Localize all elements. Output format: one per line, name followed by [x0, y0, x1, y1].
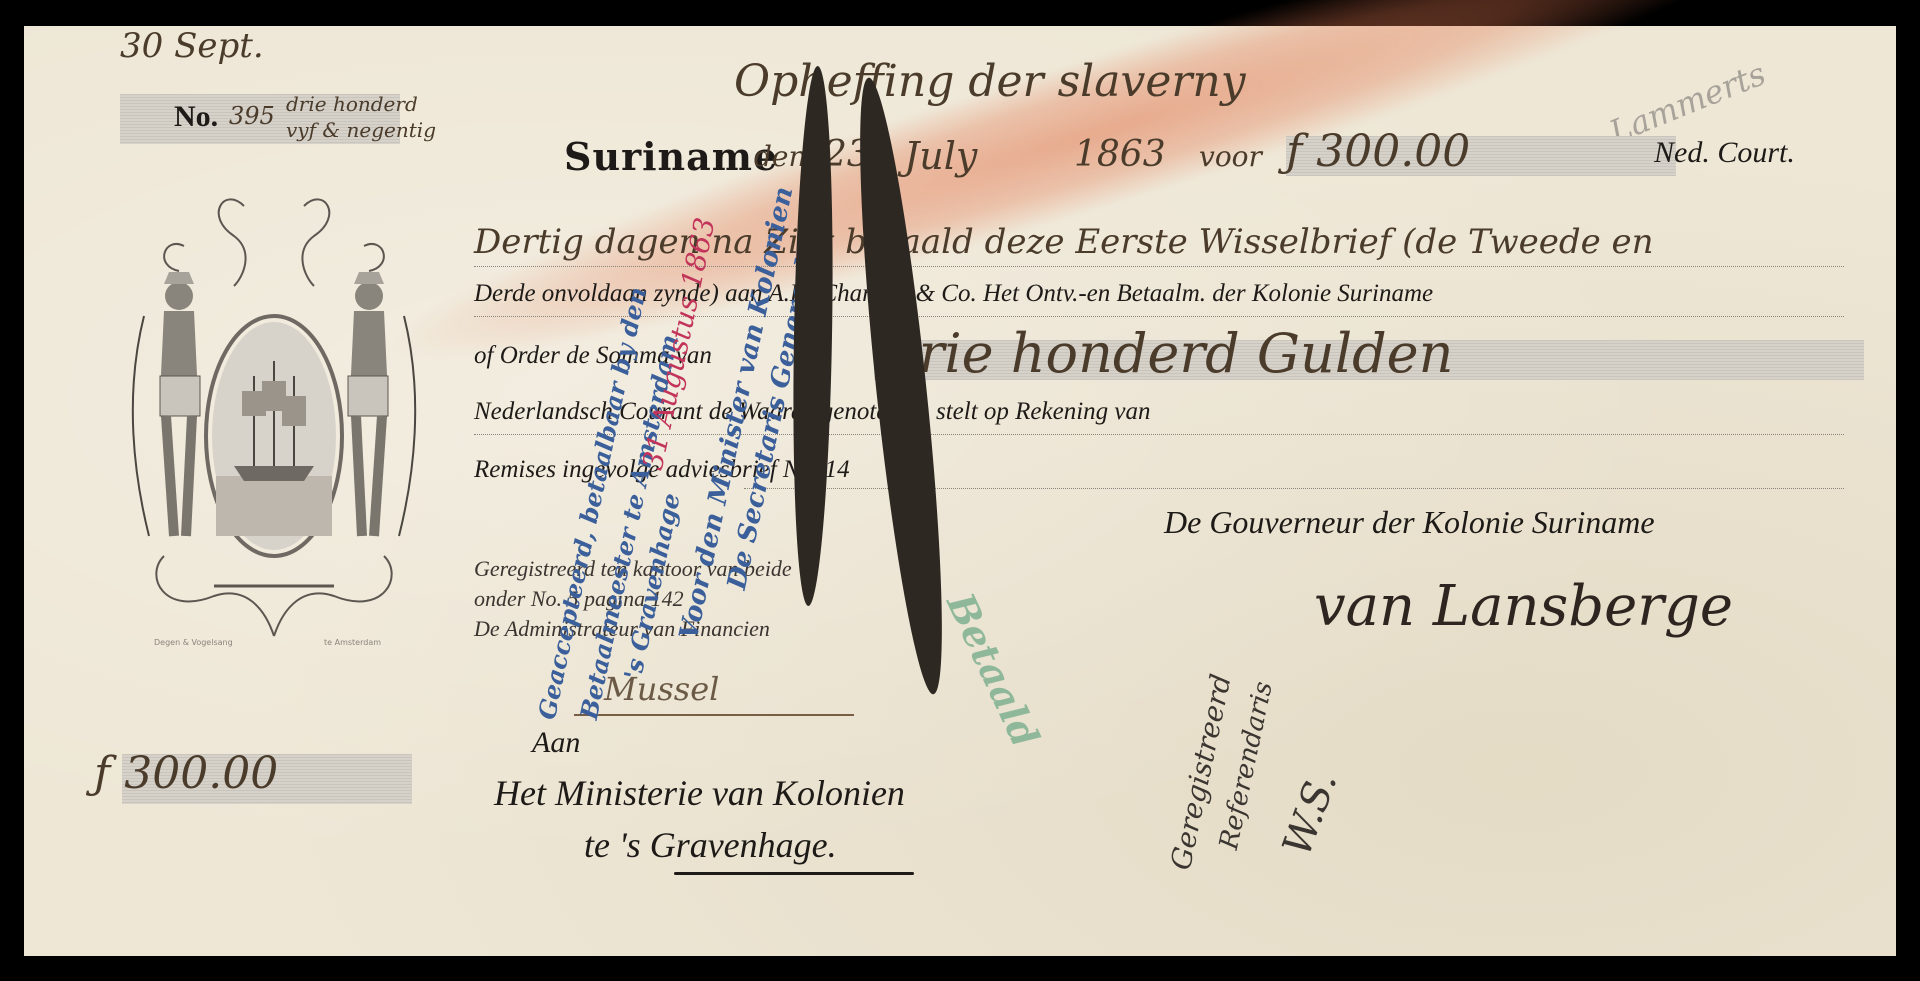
registrar-underline [574, 714, 854, 716]
currency-label: Ned. Court. [1654, 136, 1795, 170]
amount-top: ƒ 300.00 [1286, 126, 1470, 177]
suriname-coat-of-arms-emblem [124, 176, 424, 656]
addressee-line-2: te 's Gravenhage. [584, 824, 837, 866]
top-left-note: 30 Sept. [120, 26, 264, 66]
amount-words: drie honderd Gulden [884, 322, 1453, 385]
emblem-caption-left: Degen & Vogelsang [154, 638, 233, 647]
green-paid-stamp: Betaald [938, 586, 1048, 754]
number-words-line2: vyf & negentig [286, 118, 436, 142]
body-line-1: Dertig dagen na Zigt betaald deze Eerste… [474, 222, 1654, 262]
addressee-line-1: Het Ministerie van Kolonien [494, 772, 905, 814]
date-prefix: den [754, 140, 807, 173]
number-label: No. [174, 100, 218, 134]
addressee-flourish [674, 872, 914, 875]
date-month: July [904, 134, 977, 178]
bill-of-exchange-paper: 30 Sept. No. 395 drie honderd vyf & nege… [24, 26, 1896, 956]
place-title: Suriname [564, 134, 778, 179]
body-line-2: Derde onvoldaan zynde) aan A.D. Charbon … [474, 280, 1433, 308]
initials-signature: W.S. [1274, 766, 1346, 862]
amount-bottom: ƒ 300.00 [94, 748, 278, 799]
signatory-title: De Gouverneur der Kolonie Suriname [1164, 504, 1655, 541]
emblem-caption-right: te Amsterdam [324, 638, 381, 647]
number-words-line1: drie honderd [286, 92, 418, 116]
addressee-aan: Aan [532, 726, 580, 760]
number-value: 395 [229, 102, 275, 130]
voor-label: voor [1199, 140, 1262, 173]
body-line-4-rule [474, 434, 1844, 435]
governor-signature: van Lansberge [1314, 574, 1733, 639]
date-year: 1863 [1074, 134, 1166, 175]
